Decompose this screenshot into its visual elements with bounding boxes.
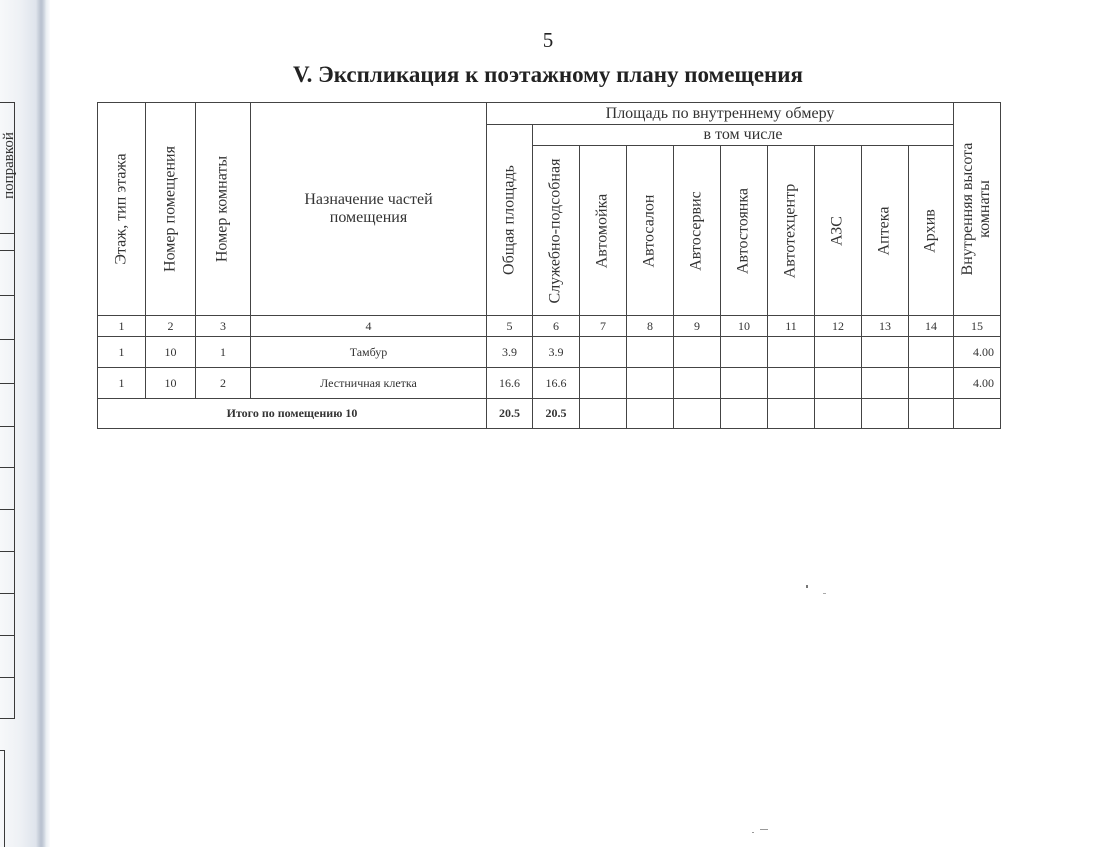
table-rule <box>0 339 14 340</box>
header-room-height: Внутренняя высота комнаты <box>954 103 1001 316</box>
previous-page-header-text: поправкой <box>1 132 18 199</box>
cell-floor: 1 <box>98 368 146 399</box>
table-rule <box>0 593 14 594</box>
cell-purpose: Тамбур <box>251 337 487 368</box>
cell-including <box>674 337 721 368</box>
header-floor: Этаж, тип этажа <box>98 103 146 316</box>
column-number-cell: 8 <box>627 316 674 337</box>
header-including-6: АЗС <box>815 146 862 316</box>
cell-floor: 1 <box>98 337 146 368</box>
scan-speck <box>806 585 808 588</box>
previous-page-header-fragment: поправкой <box>2 110 16 220</box>
column-number-cell: 13 <box>862 316 909 337</box>
header-including-0: Служебно-подсобная <box>533 146 580 316</box>
column-number-cell: 12 <box>815 316 862 337</box>
table-rule <box>0 551 14 552</box>
table-row: 1101Тамбур3.93.94.00 <box>98 337 1001 368</box>
header-room-number-text: Номер комнаты <box>215 156 232 262</box>
header-total-area-text: Общая площадь <box>501 165 518 275</box>
table-rule <box>0 426 14 427</box>
header-including-1: Автомойка <box>580 146 627 316</box>
cell-including <box>909 337 954 368</box>
total-including-value <box>580 399 627 429</box>
table-rule <box>0 250 14 251</box>
scan-speck <box>760 829 768 830</box>
cell-including: 16.6 <box>533 368 580 399</box>
header-purpose-text: Назначение частей помещения <box>294 191 444 228</box>
cell-including <box>627 368 674 399</box>
header-including-text: АЗС <box>830 216 847 246</box>
header-including-text: Автостоянка <box>736 187 753 273</box>
header-including-4: Автостоянка <box>721 146 768 316</box>
table-rule <box>0 509 14 510</box>
header-floor-text: Этаж, тип этажа <box>113 153 130 264</box>
column-number-row: 123456789101112131415 <box>98 316 1001 337</box>
cell-including <box>862 337 909 368</box>
header-room-number: Номер комнаты <box>196 103 251 316</box>
header-including-7: Аптека <box>862 146 909 316</box>
header-including-text: Аптека <box>877 206 894 255</box>
total-including-value <box>909 399 954 429</box>
cell-including <box>862 368 909 399</box>
table-row: 1102Лестничная клетка16.616.64.00 <box>98 368 1001 399</box>
column-number-cell: 3 <box>196 316 251 337</box>
total-including-value <box>768 399 815 429</box>
cell-room-no: 1 <box>196 337 251 368</box>
scan-speck <box>823 593 826 594</box>
column-number-cell: 15 <box>954 316 1001 337</box>
header-including-group: в том числе <box>533 125 954 146</box>
header-including-text: Архив <box>923 209 940 253</box>
column-number-cell: 11 <box>768 316 815 337</box>
column-number-cell: 7 <box>580 316 627 337</box>
total-label: Итого по помещению 10 <box>98 399 487 429</box>
book-spine-shadow <box>36 0 46 847</box>
header-including-text: Автотехцентр <box>783 183 800 278</box>
page-number: 5 <box>0 28 1096 53</box>
header-including-text: Автосервис <box>689 191 706 271</box>
cell-height: 4.00 <box>954 337 1001 368</box>
cell-including <box>909 368 954 399</box>
cell-including <box>627 337 674 368</box>
header-purpose: Назначение частей помещения <box>251 103 487 316</box>
column-number-cell: 10 <box>721 316 768 337</box>
document-title: V. Экспликация к поэтажному плану помеще… <box>0 62 1096 88</box>
total-including-value: 20.5 <box>533 399 580 429</box>
cell-including <box>674 368 721 399</box>
header-including-text: Служебно-подсобная <box>548 158 565 303</box>
cell-premise-no: 10 <box>146 368 196 399</box>
previous-page-box-fragment <box>0 750 5 847</box>
total-including-value <box>674 399 721 429</box>
column-number-cell: 14 <box>909 316 954 337</box>
cell-purpose: Лестничная клетка <box>251 368 487 399</box>
column-number-cell: 5 <box>487 316 533 337</box>
cell-including <box>815 368 862 399</box>
cell-including <box>580 368 627 399</box>
table-rule <box>0 467 14 468</box>
total-including-value <box>721 399 768 429</box>
header-premise-number-text: Номер помещения <box>162 146 179 272</box>
total-row: Итого по помещению 1020.520.5 <box>98 399 1001 429</box>
total-including-value <box>862 399 909 429</box>
total-area-value: 20.5 <box>487 399 533 429</box>
cell-including <box>721 368 768 399</box>
header-area-group: Площадь по внутреннему обмеру <box>487 103 954 125</box>
header-total-area: Общая площадь <box>487 125 533 316</box>
table-rule <box>0 233 14 234</box>
cell-total-area: 3.9 <box>487 337 533 368</box>
table-rule <box>0 677 14 678</box>
cell-room-no: 2 <box>196 368 251 399</box>
cell-total-area: 16.6 <box>487 368 533 399</box>
header-including-3: Автосервис <box>674 146 721 316</box>
header-room-height-text: Внутренняя высота комнаты <box>960 134 994 284</box>
cell-including <box>580 337 627 368</box>
header-including-text: Автосалон <box>642 194 659 267</box>
cell-including: 3.9 <box>533 337 580 368</box>
column-number-cell: 4 <box>251 316 487 337</box>
cell-including <box>721 337 768 368</box>
column-number-cell: 6 <box>533 316 580 337</box>
table-rule <box>0 383 14 384</box>
table-rule <box>0 295 14 296</box>
header-including-2: Автосалон <box>627 146 674 316</box>
cell-height: 4.00 <box>954 368 1001 399</box>
header-including-text: Автомойка <box>595 193 612 268</box>
table-rule <box>0 635 14 636</box>
total-including-value <box>815 399 862 429</box>
column-number-cell: 1 <box>98 316 146 337</box>
header-premise-number: Номер помещения <box>146 103 196 316</box>
cell-including <box>768 368 815 399</box>
total-including-value <box>627 399 674 429</box>
header-including-8: Архив <box>909 146 954 316</box>
cell-including <box>815 337 862 368</box>
explication-table: Этаж, тип этажа Номер помещения Номер ко… <box>97 102 1001 429</box>
column-number-cell: 9 <box>674 316 721 337</box>
cell-premise-no: 10 <box>146 337 196 368</box>
cell-including <box>768 337 815 368</box>
header-including-5: Автотехцентр <box>768 146 815 316</box>
scan-speck <box>752 832 754 833</box>
total-height-value <box>954 399 1001 429</box>
column-number-cell: 2 <box>146 316 196 337</box>
